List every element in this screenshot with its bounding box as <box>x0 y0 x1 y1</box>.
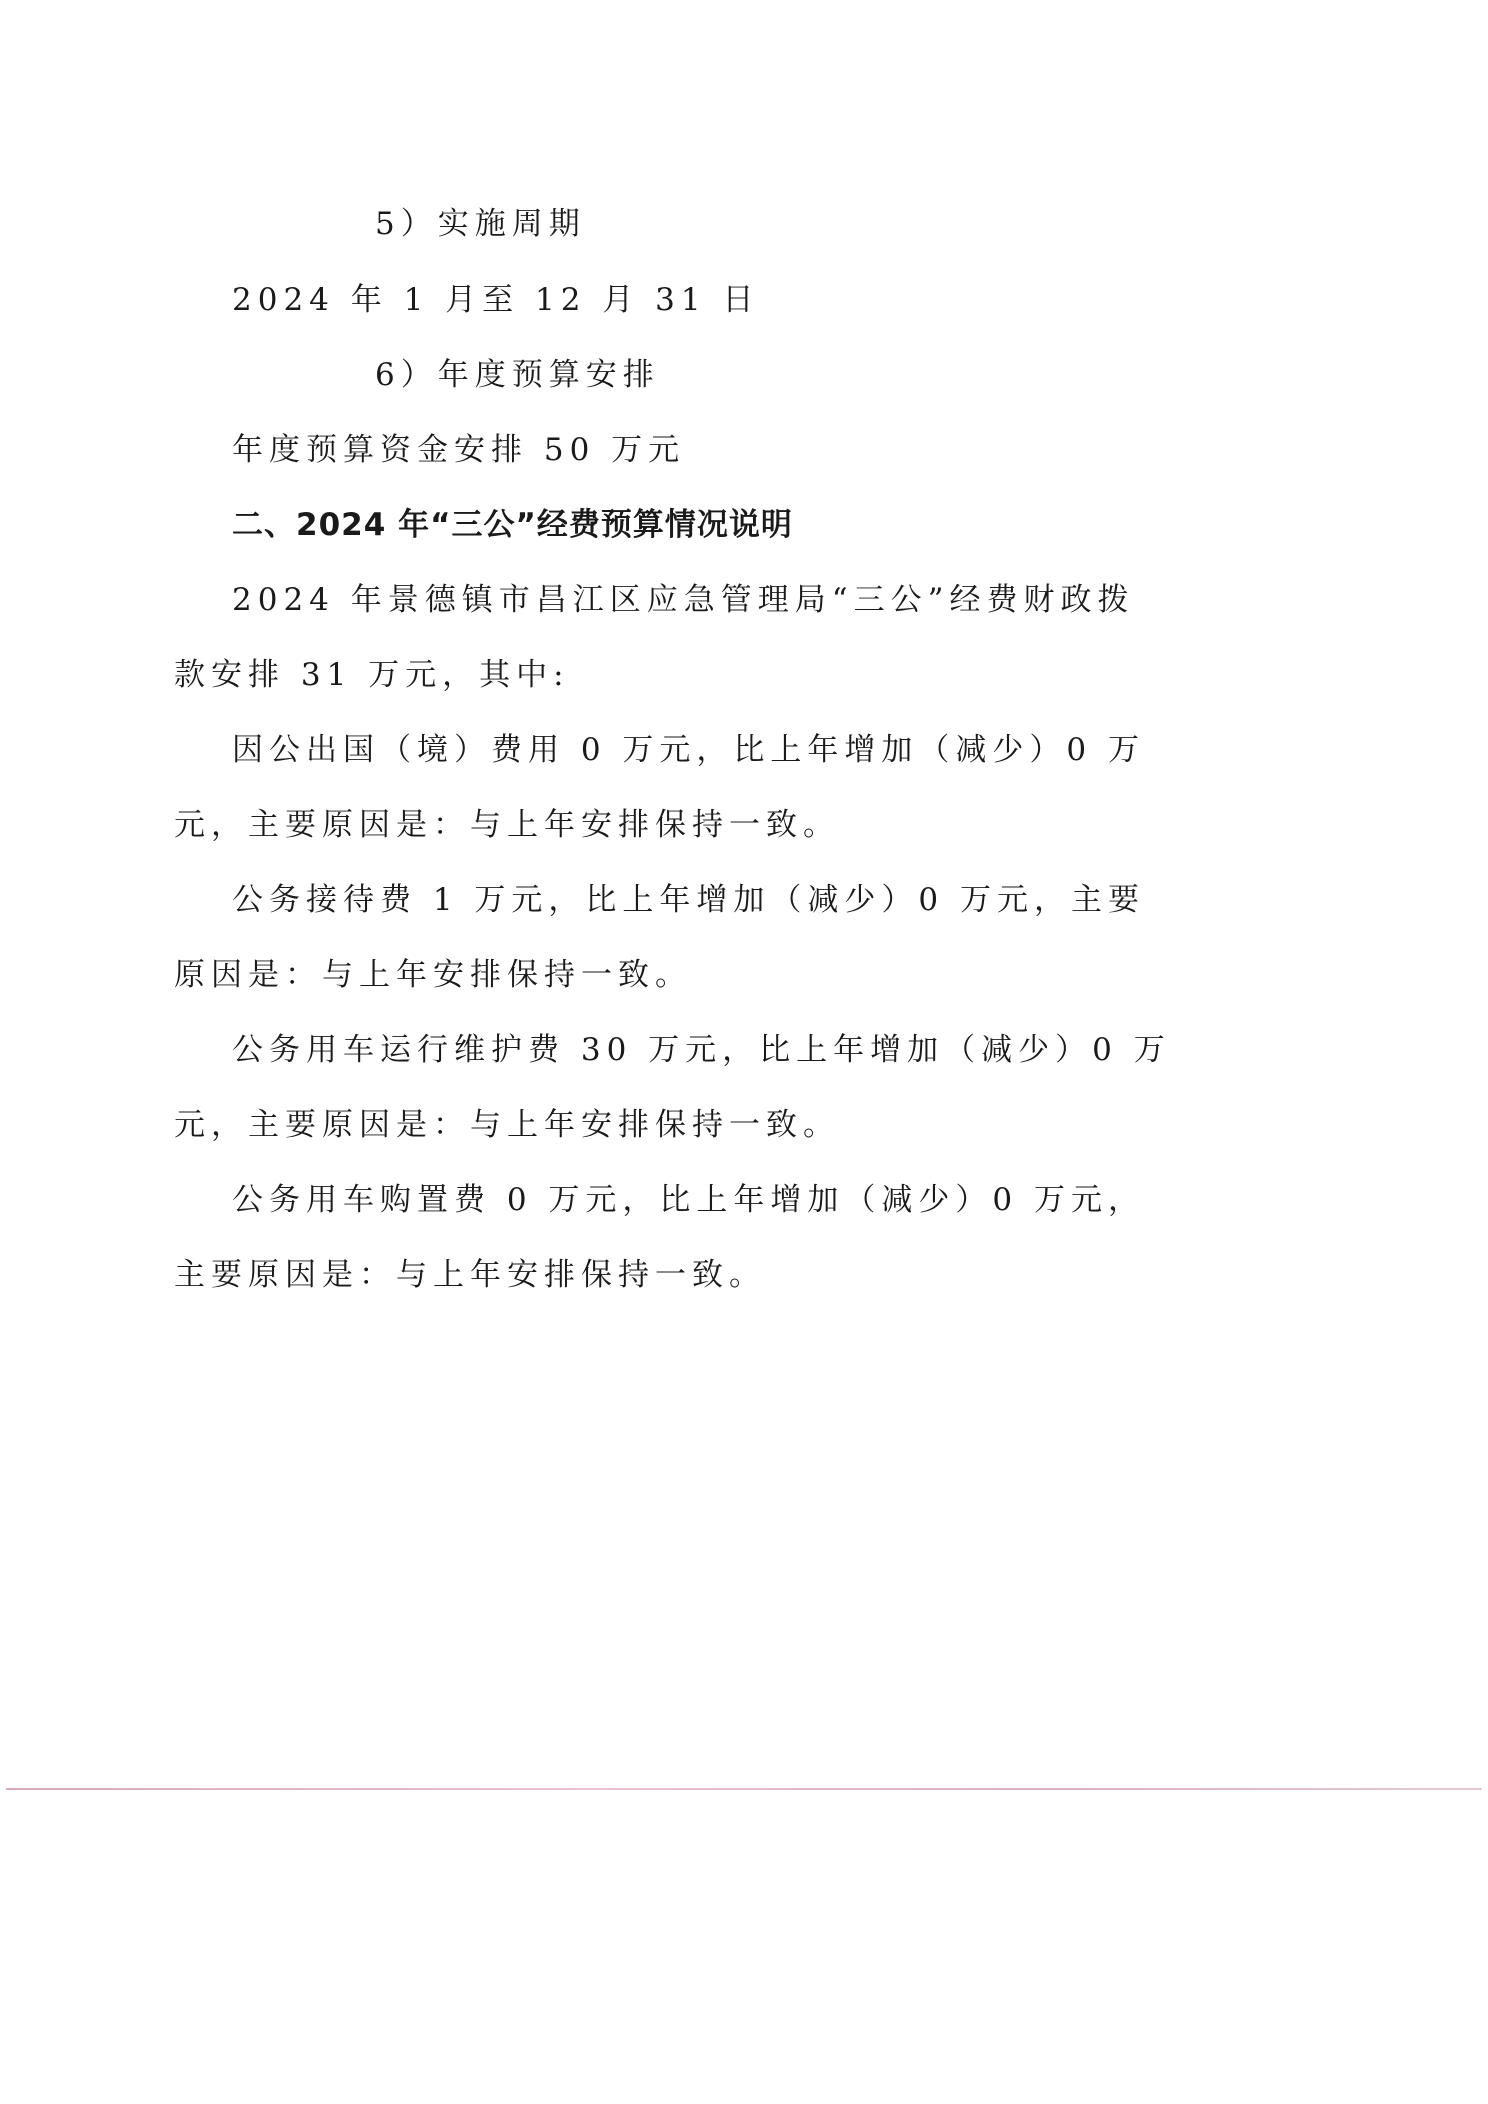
item5-body: 2024 年 1 月至 12 月 31 日 <box>232 280 760 320</box>
paragraph-line: 元，主要原因是：与上年安排保持一致。 <box>174 1105 840 1145</box>
item6-body: 年度预算资金安排 50 万元 <box>232 430 685 470</box>
paragraph-line: 原因是：与上年安排保持一致。 <box>174 955 692 995</box>
paragraph-line: 公务用车购置费 0 万元，比上年增加（减少）0 万元， <box>232 1180 1145 1220</box>
paragraph-line: 因公出国（境）费用 0 万元，比上年增加（减少）0 万 <box>232 730 1145 770</box>
paragraph-line: 2024 年景德镇市昌江区应急管理局“三公”经费财政拨 <box>232 580 1134 620</box>
paragraph-line: 主要原因是：与上年安排保持一致。 <box>174 1255 766 1295</box>
page-divider <box>6 1788 1482 1790</box>
section-heading: 二、2024 年“三公”经费预算情况说明 <box>232 505 793 545</box>
paragraph-line: 款安排 31 万元，其中: <box>174 655 570 695</box>
item5-heading: 5）实施周期 <box>375 204 586 244</box>
item6-heading: 6）年度预算安排 <box>375 355 660 395</box>
paragraph-line: 公务接待费 1 万元，比上年增加（减少）0 万元，主要 <box>232 880 1145 920</box>
paragraph-line: 元，主要原因是：与上年安排保持一致。 <box>174 805 840 845</box>
paragraph-line: 公务用车运行维护费 30 万元，比上年增加（减少）0 万 <box>232 1030 1171 1070</box>
